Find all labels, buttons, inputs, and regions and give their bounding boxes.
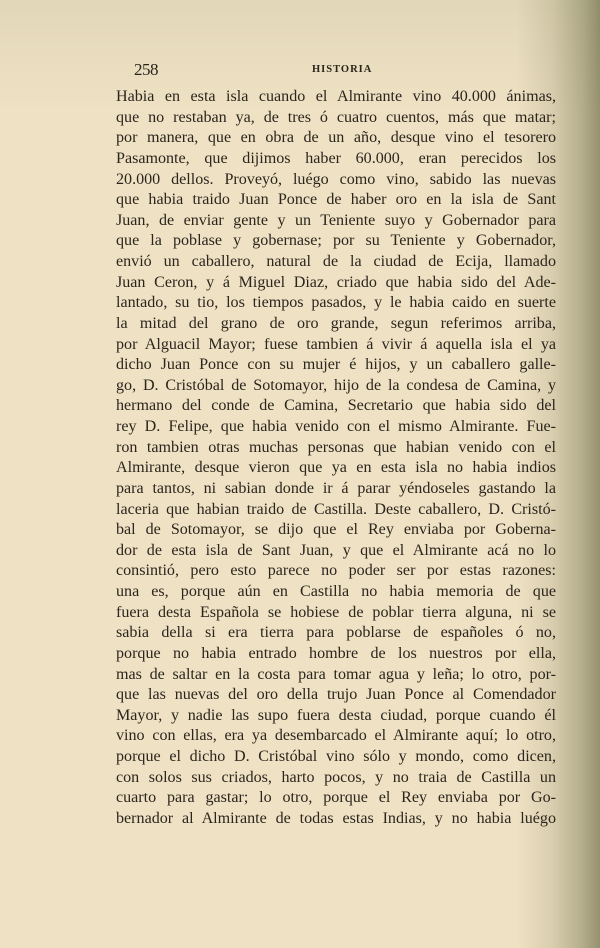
text-line: que no restaban ya, de tres ó cuatro cue… (116, 108, 556, 129)
text-line: Pasamonte, que dijimos haber 60.000, era… (116, 149, 556, 170)
text-line: rey D. Felipe, que habia venido con el m… (116, 417, 556, 438)
text-line: por manera, que en obra de un año, desqu… (116, 128, 556, 149)
text-line: cuarto para gastar; lo otro, porque el R… (116, 788, 556, 809)
text-line: lantado, su tio, los tiempos pasados, y … (116, 293, 556, 314)
text-line: 20.000 dellos. Proveyó, luégo como vino,… (116, 170, 556, 191)
text-line: bal de Sotomayor, se dijo que el Rey env… (116, 520, 556, 541)
text-line: para tantos, ni sabian donde ir á parar … (116, 479, 556, 500)
text-line: con solos sus criados, harto pocos, y no… (116, 768, 556, 789)
text-line: dicho Juan Ponce con su mujer é hijos, y… (116, 355, 556, 376)
text-line: Habia en esta isla cuando el Almirante v… (116, 87, 556, 108)
text-line: porque no habia entrado hombre de los nu… (116, 644, 556, 665)
text-line: vino con ellas, era ya desembarcado el A… (116, 726, 556, 747)
text-line: go, D. Cristóbal de Sotomayor, hijo de l… (116, 376, 556, 397)
text-line: envió un caballero, natural de la ciudad… (116, 252, 556, 273)
text-line: porque el dicho D. Cristóbal vino sólo y… (116, 747, 556, 768)
text-line: que las nuevas del oro della trujo Juan … (116, 685, 556, 706)
text-line: por Alguacil Mayor; fuese tambien á vivi… (116, 335, 556, 356)
text-line: laceria que habian traido de Castilla. D… (116, 500, 556, 521)
text-line: ron tambien otras muchas personas que ha… (116, 438, 556, 459)
text-line: consintió, pero esto parece no poder ser… (116, 561, 556, 582)
text-line: la mitad del grano de oro grande, segun … (116, 314, 556, 335)
text-line: mas de saltar en la costa para tomar agu… (116, 665, 556, 686)
text-line: que la poblase y gobernase; por su Tenie… (116, 231, 556, 252)
text-line: sabia della si era tierra para poblarse … (116, 623, 556, 644)
text-line: una es, porque aún en Castilla no habia … (116, 582, 556, 603)
text-line: Juan, de enviar gente y un Teniente suyo… (116, 211, 556, 232)
body-text: Habia en esta isla cuando el Almirante v… (116, 87, 556, 830)
text-line: Mayor, y nadie las supo fuera desta ciud… (116, 706, 556, 727)
text-line: Almirante, desque vieron que ya en esta … (116, 458, 556, 479)
text-line: dor de esta isla de Sant Juan, y que el … (116, 541, 556, 562)
text-line: bernador al Almirante de todas estas Ind… (116, 809, 556, 830)
text-line: que habia traido Juan Ponce de haber oro… (116, 190, 556, 211)
running-title: HISTORIA (312, 64, 372, 75)
text-line: fuera desta Española se hobiese de pobla… (116, 603, 556, 624)
page-number: 258 (134, 60, 158, 80)
book-page: 258 HISTORIA Habia en esta isla cuando e… (0, 0, 600, 948)
text-line: hermano del conde de Camina, Secretario … (116, 396, 556, 417)
running-head: 258 HISTORIA (134, 60, 554, 84)
text-line: Juan Ceron, y á Miguel Diaz, criado que … (116, 273, 556, 294)
